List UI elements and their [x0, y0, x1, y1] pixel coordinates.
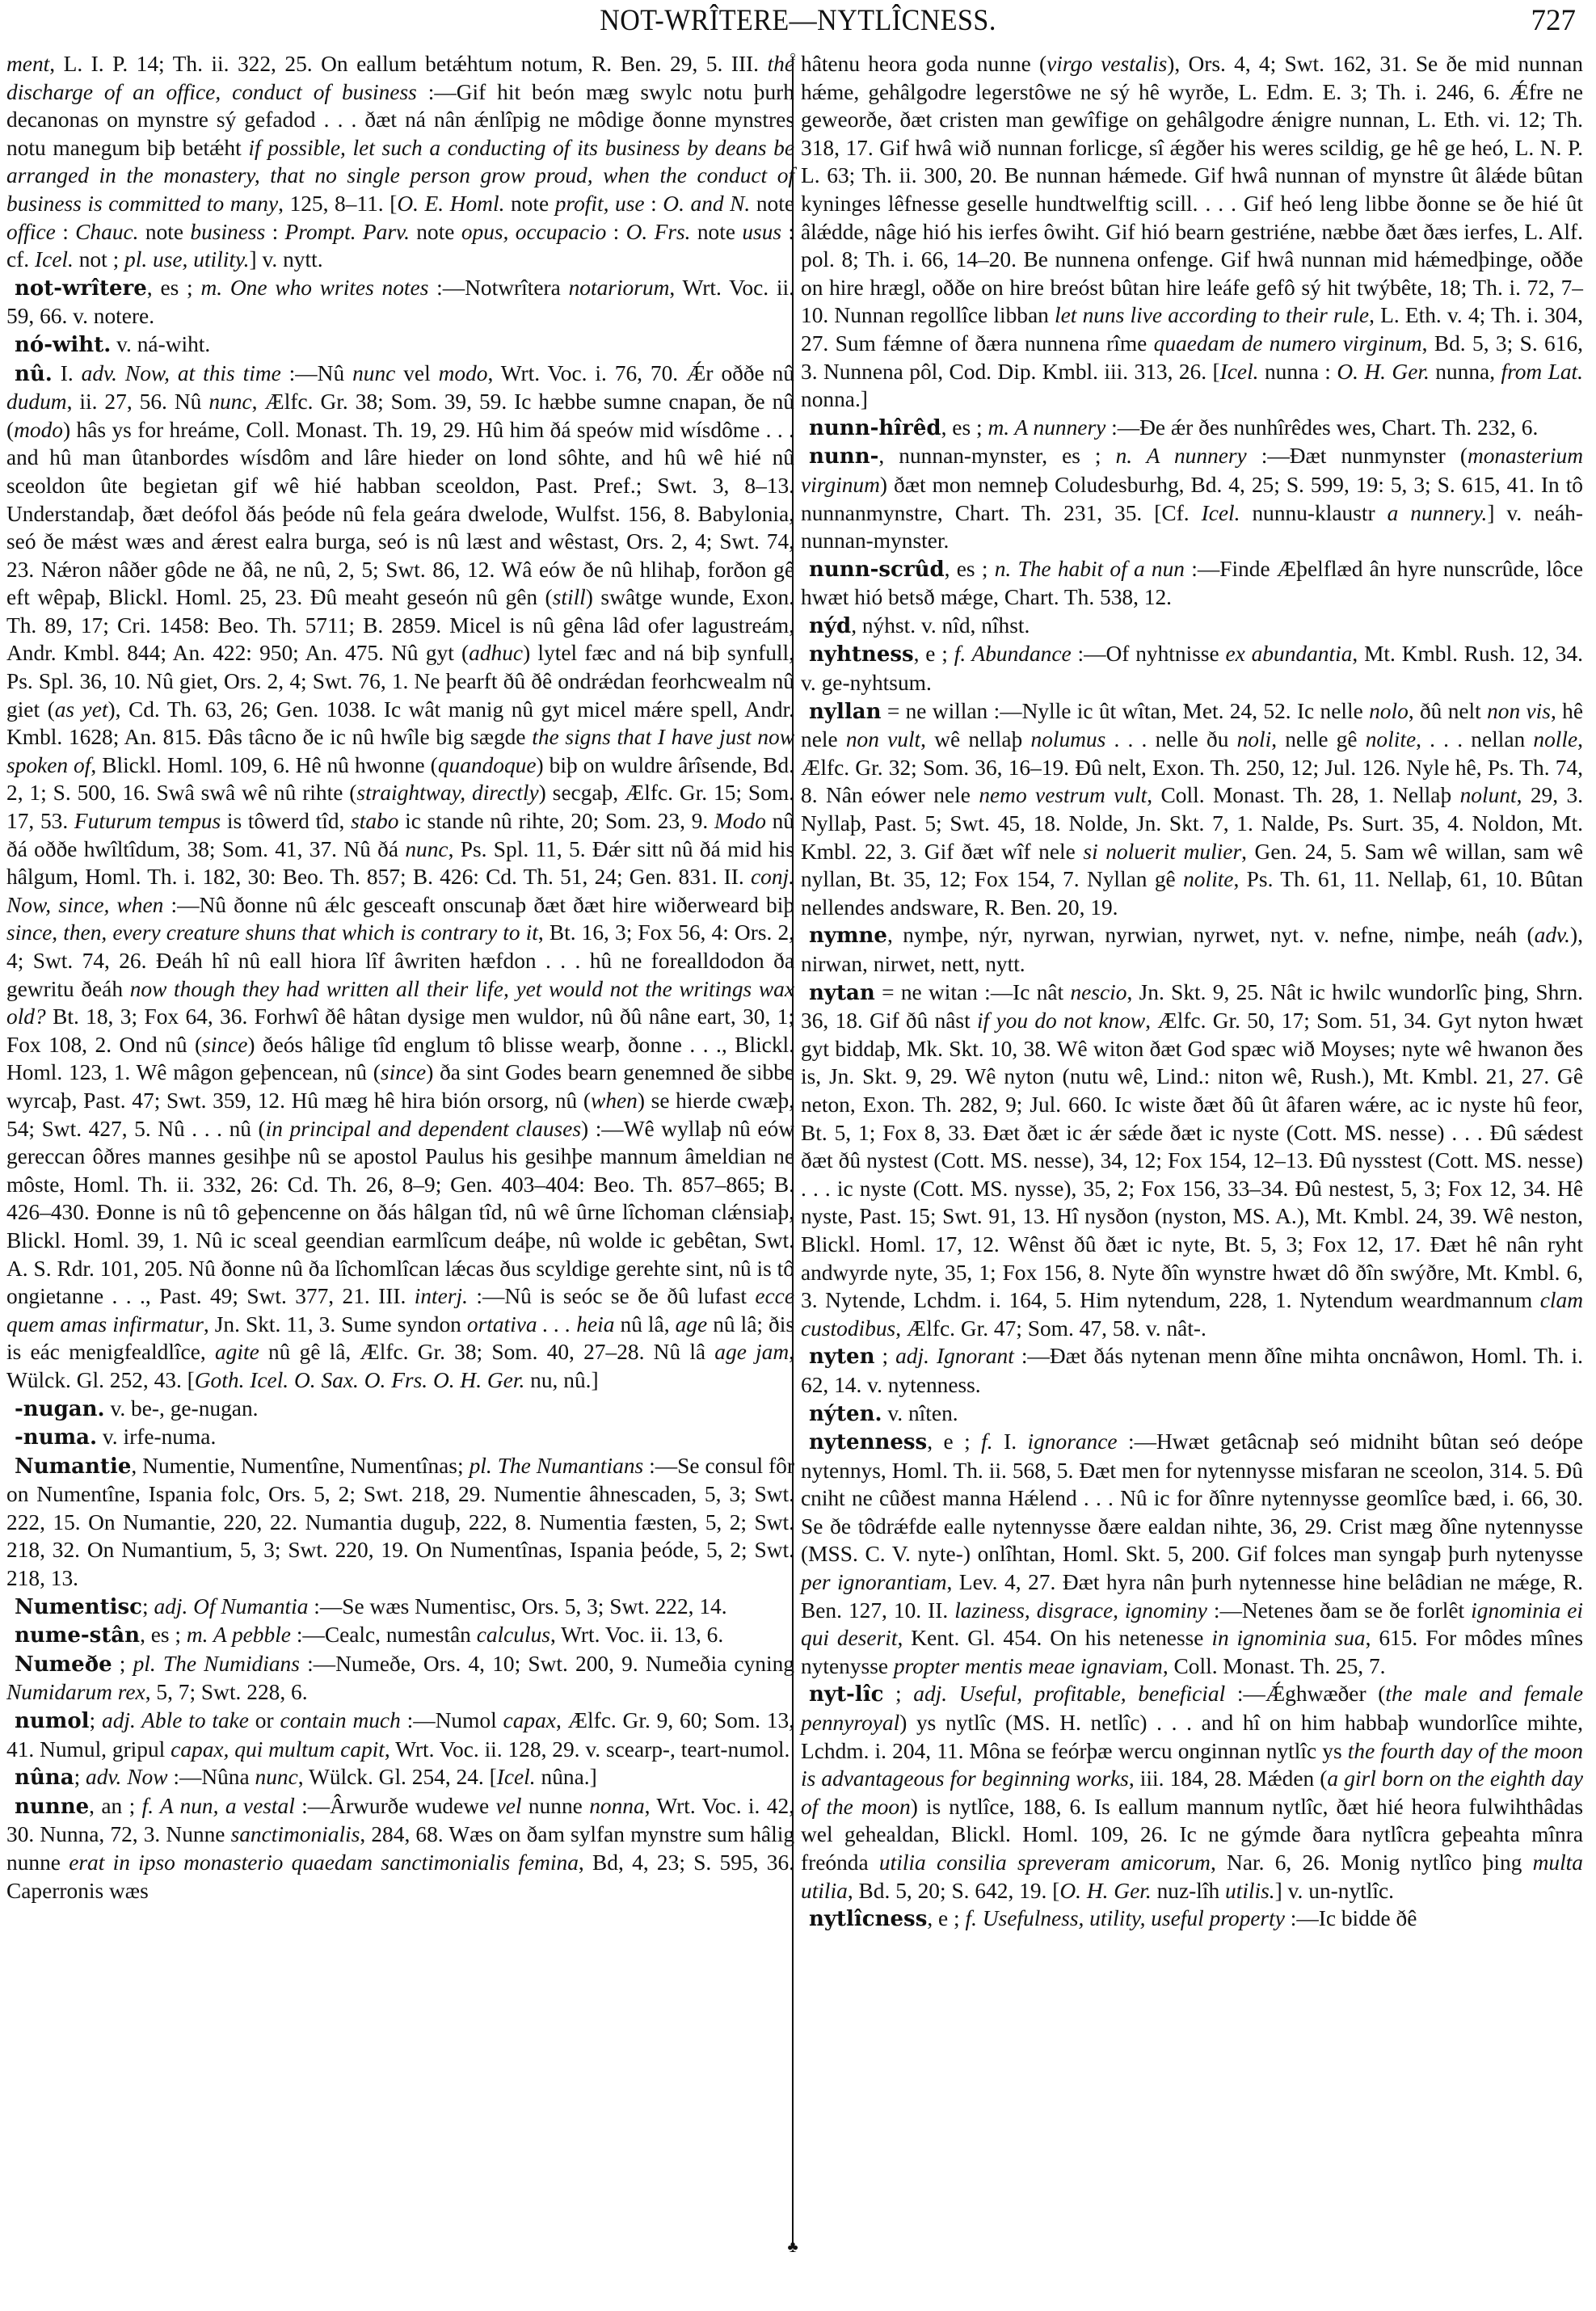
entry-headword: nytlîcness — [809, 1907, 927, 1931]
entry-text-italic: Goth. Icel. O. Sax. O. Frs. O. H. Ger. — [195, 1368, 525, 1392]
entry-text: ; — [74, 1765, 86, 1789]
entry-headword: nunn-hîrêd — [809, 416, 941, 440]
entry-text: : — [56, 220, 75, 244]
entry-text-italic: calculus — [477, 1623, 550, 1647]
entry-text-italic: let nuns live according to their rule — [1055, 303, 1369, 327]
entry-text-italic: adj. Ignorant — [895, 1344, 1014, 1368]
entry-text: , es ; — [941, 415, 988, 440]
dictionary-entry: nume-stân, es ; m. A pebble :—Cealc, num… — [6, 1621, 794, 1650]
entry-text: , nymþe, nýr, nyrwan, nyrwian, nyrwet, n… — [887, 923, 1535, 947]
entry-text-italic: adv. Now — [86, 1765, 167, 1789]
entry-text-italic: usus — [742, 220, 781, 244]
entry-text: , e ; — [927, 1906, 965, 1930]
entry-text: hâtenu heora goda nunne ( — [801, 52, 1046, 76]
entry-text-italic: sanctimonialis — [231, 1822, 360, 1846]
entry-text: , an ; — [89, 1794, 141, 1818]
entry-text-italic: interj. — [415, 1284, 468, 1308]
dictionary-entry: -nugan. v. be-, ge-nugan. — [6, 1395, 794, 1424]
entry-text: :—Ârwurðe wudewe — [295, 1794, 496, 1818]
entry-text-italic: office — [6, 220, 56, 244]
entry-text-italic: adv. Now, at this time — [82, 361, 281, 385]
entry-text-italic: pl. use, utility. — [124, 247, 249, 272]
entry-text: nunna : — [1259, 360, 1337, 384]
dictionary-entry: Numeðe ; pl. The Numidians :—Numeðe, Ors… — [6, 1650, 794, 1707]
entry-headword: nunn-scrûd — [809, 558, 945, 582]
entry-text: , wê nellaþ — [920, 727, 1030, 751]
entry-text: , nelle gê — [1271, 727, 1366, 751]
entry-text: ; — [90, 1708, 102, 1732]
entry-text: , nunnan-mynster, es ; — [878, 444, 1115, 468]
entry-text: nunnu-klaustr — [1240, 501, 1387, 525]
entry-text: I. — [53, 361, 82, 385]
entry-text-italic: since, then, every creature shuns that w… — [6, 920, 538, 945]
entry-text: :—Ðæt nunmynster ( — [1247, 444, 1468, 468]
entry-text: v. ná-wiht. — [111, 332, 210, 356]
entry-text: , nýhst. v. nîd, nîhst. — [851, 613, 1030, 638]
entry-text-italic: nunc — [405, 837, 448, 861]
dictionary-entry: nýd, nýhst. v. nîd, nîhst. — [801, 612, 1583, 641]
entry-text: is tôwerd tîd, — [221, 809, 351, 833]
entry-text: , iii. 184, 28. Mǽden ( — [1129, 1766, 1328, 1791]
entry-text-italic: from Lat. — [1501, 360, 1583, 384]
entry-text-italic: nolo — [1369, 699, 1409, 723]
entry-text-italic: capax — [503, 1708, 556, 1732]
entry-text: vel — [395, 361, 438, 385]
entry-text-italic: nescio — [1070, 980, 1126, 1004]
entry-text: , Coll. Monast. Th. 25, 7. — [1163, 1654, 1386, 1678]
dictionary-entry: nytan = ne witan :—Ic nât nescio, Jn. Sk… — [801, 979, 1583, 1343]
entry-text-italic: adhuc — [469, 641, 523, 665]
entry-text-italic: O. H. Ger. — [1337, 360, 1430, 384]
entry-text: , e ; — [927, 1429, 981, 1454]
entry-text-italic: quandoque — [438, 753, 537, 777]
entry-text: ) :—Wê wyllaþ nû eów gereccan ôðres mann… — [6, 1117, 794, 1309]
entry-headword: nytan — [809, 981, 875, 1005]
entry-text-italic: capax, qui multum capit — [171, 1737, 385, 1762]
entry-text-italic: n. The habit of a nun — [995, 557, 1185, 581]
entry-text-italic: straightway, directly — [356, 781, 538, 805]
dictionary-entry: ment, L. I. P. 14; Th. ii. 322, 25. On e… — [6, 50, 794, 274]
entry-headword: nyhtness — [809, 642, 914, 667]
entry-text-italic: a nunnery. — [1388, 501, 1488, 525]
entry-headword: nû. — [15, 362, 53, 386]
entry-text-italic: modo — [14, 418, 63, 442]
entry-text-italic: m. One who writes notes — [200, 276, 428, 300]
entry-text: , Bd. 5, 20; S. 642, 19. [ — [848, 1879, 1060, 1903]
entry-text-italic: stabo — [351, 809, 398, 833]
entry-text: note — [504, 192, 554, 216]
entry-text-italic: erat in ipso monasterio quaedam sanctimo… — [69, 1850, 579, 1875]
entry-text-italic: Chauc. — [75, 220, 138, 244]
entry-text: :—Nû is seóc se ðe ðû lufast — [468, 1284, 755, 1308]
entry-text-italic: nolite — [1366, 727, 1416, 751]
entry-text-italic: contain much — [280, 1708, 400, 1732]
dictionary-entry: nyt-lîc ; adj. Useful, profitable, benef… — [801, 1680, 1583, 1905]
entry-text: or — [249, 1708, 280, 1732]
entry-text-italic: utilis. — [1225, 1879, 1275, 1903]
entry-text-italic: agite — [215, 1340, 259, 1364]
dictionary-entry: nunn-, nunnan-mynster, es ; n. A nunnery… — [801, 442, 1583, 554]
entry-text-italic: vel — [496, 1794, 522, 1818]
entry-text: ) hâs ys for hreáme, Coll. Monast. Th. 1… — [6, 418, 794, 610]
entry-text-italic: f. Usefulness, utility, useful property — [966, 1906, 1285, 1930]
dictionary-entry: numol; adj. Able to take or contain much… — [6, 1707, 794, 1763]
entry-headword: nûna — [15, 1766, 74, 1790]
entry-text: , 125, 8–11. [ — [278, 192, 397, 216]
entry-headword: Numantie — [15, 1454, 131, 1479]
entry-headword: numol — [15, 1709, 90, 1733]
entry-text-italic: still — [553, 585, 586, 609]
entry-text: ] v. un-nytlîc. — [1275, 1879, 1394, 1903]
entry-text-italic: f. — [981, 1429, 992, 1454]
entry-text: , es ; — [945, 557, 995, 581]
entry-text: ] v. nytt. — [250, 247, 323, 272]
entry-text-italic: since — [202, 1033, 247, 1057]
entry-text-italic: nemo vestrum vult — [979, 783, 1147, 807]
entry-text-italic: laziness, disgrace, ignominy — [954, 1598, 1207, 1623]
entry-text-italic: when — [591, 1088, 638, 1113]
dictionary-entry: not-wrîtere, es ; m. One who writes note… — [6, 274, 794, 330]
entry-text: :—Numol — [401, 1708, 503, 1732]
entry-text-italic: propter mentis meae ignaviam — [894, 1654, 1163, 1678]
entry-text: nunna, — [1430, 360, 1501, 384]
entry-text-italic: f. Abundance — [954, 642, 1072, 666]
entry-text: nonna.] — [801, 387, 868, 411]
entry-text-italic: O. H. Ger. — [1059, 1879, 1151, 1903]
entry-text: :—Nû ðonne nû ǽlc gesceaft onscunaþ ðæt … — [163, 893, 794, 917]
entry-text-italic: ortativa . . . heia — [467, 1312, 615, 1337]
entry-text-italic: utilia consilia spreveram amicorum — [879, 1850, 1211, 1875]
entry-text: , Wrt. Voc. ii. 13, 6. — [550, 1623, 723, 1647]
dictionary-entry: nýten. v. nîten. — [801, 1400, 1583, 1429]
entry-text-italic: nolumus — [1030, 727, 1105, 751]
entry-text: not ; — [74, 247, 124, 272]
entry-headword: nunne — [15, 1795, 89, 1819]
entry-text: note — [410, 220, 461, 244]
entry-text-italic: quaedam de numero virginum — [1154, 331, 1422, 356]
entry-text: :—Numeðe, Ors. 4, 10; Swt. 200, 9. Numeð… — [300, 1652, 794, 1676]
dictionary-entry: nûna; adv. Now :—Nûna nunc, Wülck. Gl. 2… — [6, 1763, 794, 1792]
entry-text-italic: as yet — [55, 697, 108, 722]
entry-text: :—Ðe ǽr ðes nunhîrêdes wes, Chart. Th. 2… — [1105, 415, 1538, 440]
column-divider-rule — [792, 57, 794, 2246]
entry-text-italic: ignorance — [1028, 1429, 1118, 1454]
entry-headword: nyllan — [809, 700, 882, 724]
entry-text: , Ælfc. Gr. 50, 17; Som. 51, 34. Gyt nyt… — [801, 1008, 1583, 1312]
entry-text: , Blickl. Homl. 109, 6. Hê nû hwonne ( — [91, 753, 437, 777]
entry-text: , es ; — [147, 276, 201, 300]
entry-text: nû gê lâ, Ælfc. Gr. 38; Som. 40, 27–28. … — [259, 1340, 715, 1364]
entry-text-italic: m. A pebble — [187, 1623, 291, 1647]
entry-text-italic: non vis — [1487, 699, 1551, 723]
dictionary-entry: nyhtness, e ; f. Abundance :—Of nyhtniss… — [801, 640, 1583, 697]
entry-text-italic: Icel. — [35, 247, 74, 272]
entry-text: :—Nûna — [167, 1765, 255, 1789]
dictionary-entry: nytlîcness, e ; f. Usefulness, utility, … — [801, 1905, 1583, 1934]
entry-text: . . . nelle ðu — [1105, 727, 1236, 751]
entry-text: : — [645, 192, 663, 216]
entry-text: :—Nû — [281, 361, 352, 385]
entry-text-italic: O. E. Homl. — [397, 192, 504, 216]
entry-text-italic: adj. Able to take — [102, 1708, 249, 1732]
dictionary-entry: nó-wiht. v. ná-wiht. — [6, 330, 794, 360]
entry-text-italic: adj. Useful, profitable, beneficial — [913, 1682, 1225, 1706]
entry-text: : — [265, 220, 284, 244]
dictionary-entry: Numantie, Numentie, Numentîne, Numentîna… — [6, 1452, 794, 1593]
left-column: ment, L. I. P. 14; Th. ii. 322, 25. On e… — [6, 50, 794, 1905]
entry-text-italic: Icel. — [1202, 501, 1240, 525]
entry-text: :—Ǽghwæðer ( — [1225, 1682, 1385, 1706]
entry-text: , Jn. Skt. 11, 3. Sume syndon — [204, 1312, 467, 1337]
entry-headword: nume-stân — [15, 1623, 140, 1648]
entry-text: ; — [874, 1344, 895, 1368]
entry-headword: Numeðe — [15, 1652, 112, 1677]
entry-text-italic: Futurum tempus — [74, 809, 221, 833]
entry-text-italic: nunc — [352, 361, 395, 385]
entry-text: , Numentie, Numentîne, Numentînas; — [131, 1454, 469, 1478]
entry-text-italic: Modo — [714, 809, 766, 833]
entry-headword: nyten — [809, 1345, 874, 1369]
entry-text: , L. I. P. 14; Th. ii. 322, 25. On eallu… — [49, 52, 767, 76]
entry-text: , Kent. Gl. 454. On his netenesse — [897, 1626, 1211, 1650]
entry-headword: nó-wiht. — [15, 333, 111, 357]
entry-text: :—Cealc, numestân — [291, 1623, 477, 1647]
entry-headword: -numa. — [15, 1425, 97, 1450]
entry-text: v. be-, ge-nugan. — [105, 1396, 259, 1421]
entry-text: , Coll. Monast. Th. 28, 1. Nellaþ — [1147, 783, 1459, 807]
entry-text: , ii. 27, 56. Nû — [67, 389, 209, 414]
entry-text: :—Ic bidde ðê — [1285, 1906, 1417, 1930]
entry-text-italic: m. A nunnery — [987, 415, 1105, 440]
entry-text: , Wrt. Voc. ii. 128, 29. v. scearp-, tea… — [385, 1737, 790, 1762]
entry-text: v. irfe-numa. — [97, 1425, 216, 1449]
entry-text-italic: in principal and dependent clauses — [266, 1117, 581, 1141]
entry-text-italic: ment — [6, 52, 49, 76]
dictionary-entry: Numentisc; adj. Of Numantia :—Se wæs Num… — [6, 1593, 794, 1622]
entry-text-italic: pl. The Numantians — [470, 1454, 644, 1478]
entry-text-italic: since — [381, 1060, 426, 1084]
entry-text-italic: nonna — [589, 1794, 644, 1818]
entry-text-italic: virgo vestalis — [1046, 52, 1167, 76]
entry-text-italic: in ignominia sua — [1211, 1626, 1365, 1650]
entry-text: , Wrt. Voc. i. 76, 70. Ǽr oððe nû — [488, 361, 795, 385]
entry-text: ic stande nû rihte, 20; Som. 23, 9. — [398, 809, 714, 833]
entry-text: nuz-lîh — [1152, 1879, 1225, 1903]
page-header: NOT-WRÎTERE—NYTLÎCNESS. 727 — [0, 3, 1596, 44]
entry-headword: not-wrîtere — [15, 276, 147, 301]
dictionary-entry: nyten ; adj. Ignorant :—Ðæt ðás nytenan … — [801, 1342, 1583, 1399]
entry-text-italic: nunc — [255, 1765, 298, 1789]
entry-text-italic: opus, occupacio — [461, 220, 607, 244]
entry-text: , Nar. 6, 26. Monig nytlîco þing — [1211, 1850, 1533, 1875]
dictionary-entry: nunn-scrûd, es ; n. The habit of a nun :… — [801, 555, 1583, 612]
entry-text: :—Netenes ðam se ðe forlêt — [1207, 1598, 1471, 1623]
entry-text-italic: O. Frs. — [626, 220, 691, 244]
entry-text: nu, nû.] — [524, 1368, 598, 1392]
entry-headword: nýten. — [809, 1402, 882, 1426]
entry-text: note — [139, 220, 191, 244]
entry-text: I. — [993, 1429, 1028, 1454]
dictionary-entry: nunne, an ; f. A nun, a vestal :—Ârwurðe… — [6, 1792, 794, 1905]
entry-text: , Ælfc. Gr. 47; Som. 47, 58. v. nât-. — [895, 1316, 1206, 1341]
dictionary-entry: nyllan = ne willan :—Nylle ic ût wîtan, … — [801, 697, 1583, 922]
entry-text-italic: f. A nun, a vestal — [142, 1794, 295, 1818]
entry-text: nûna.] — [536, 1765, 597, 1789]
entry-text-italic: age — [676, 1312, 708, 1337]
entry-text: , Wülck. Gl. 254, 24. [ — [298, 1765, 497, 1789]
entry-text: ; — [112, 1652, 133, 1676]
entry-text-italic: nunc — [208, 389, 251, 414]
entry-text: note — [750, 192, 794, 216]
entry-text: , 5, 7; Swt. 228, 6. — [145, 1680, 308, 1704]
entry-text-italic: Numidarum rex — [6, 1680, 145, 1704]
entry-text: ), Ors. 4, 4; Swt. 162, 31. Se ðe mid nu… — [801, 52, 1583, 327]
entry-text: v. nîten. — [882, 1401, 958, 1425]
entry-text-italic: age jam — [714, 1340, 789, 1364]
entry-headword: nytenness — [809, 1430, 927, 1454]
entry-text-italic: nolle — [1533, 727, 1577, 751]
entry-text-italic: n. A nunnery — [1116, 444, 1247, 468]
dictionary-entry: nymne, nymþe, nýr, nyrwan, nyrwian, nyrw… — [801, 921, 1583, 978]
dictionary-entry: hâtenu heora goda nunne (virgo vestalis)… — [801, 50, 1583, 414]
entry-text: :—Notwrîtera — [428, 276, 568, 300]
entry-text: , ðû nelt — [1409, 699, 1487, 723]
entry-text-italic: nolite — [1183, 867, 1233, 891]
right-column: hâtenu heora goda nunne (virgo vestalis)… — [801, 50, 1583, 1934]
entry-text-italic: non vult — [846, 727, 920, 751]
entry-text-italic: business — [190, 220, 265, 244]
page-number: 727 — [1531, 3, 1577, 38]
entry-headword: Numentisc — [15, 1595, 142, 1619]
entry-text: nunne — [522, 1794, 590, 1818]
entry-text-italic: notariorum — [569, 276, 670, 300]
entry-text: , es ; — [140, 1623, 187, 1647]
entry-text: :—Se wæs Numentisc, Ors. 5, 3; Swt. 222,… — [308, 1594, 726, 1619]
entry-text: ; — [883, 1682, 913, 1706]
entry-text: nû lâ, — [614, 1312, 675, 1337]
entry-headword: nyt-lîc — [809, 1682, 883, 1707]
entry-text-italic: per ignorantiam — [801, 1570, 946, 1594]
entry-text-italic: Icel. — [497, 1765, 536, 1789]
entry-text: = ne witan :—Ic nât — [875, 980, 1071, 1004]
entry-text-italic: nolunt — [1460, 783, 1517, 807]
entry-headword: nýd — [809, 614, 851, 638]
entry-text: :—Of nyhtnisse — [1072, 642, 1226, 666]
dictionary-entry: nû. I. adv. Now, at this time :—Nû nunc … — [6, 360, 794, 1395]
entry-text: : — [606, 220, 625, 244]
entry-text-italic: adj. Of Numantia — [154, 1594, 308, 1619]
dictionary-entry: -numa. v. irfe-numa. — [6, 1423, 794, 1452]
entry-text: , e ; — [914, 642, 954, 666]
running-head: NOT-WRÎTERE—NYTLÎCNESS. — [64, 3, 1532, 38]
entry-text-italic: dudum — [6, 389, 67, 414]
entry-text-italic: pl. The Numidians — [133, 1652, 300, 1676]
entry-text-italic: si noluerit mulier — [1083, 840, 1241, 864]
entry-text-italic: Prompt. Parv. — [285, 220, 410, 244]
entry-text: note — [691, 220, 743, 244]
entry-text-italic: profit, use — [555, 192, 645, 216]
entry-text-italic: adv. — [1535, 923, 1570, 947]
entry-headword: nunn- — [809, 444, 878, 469]
column-rule-ornament-icon: ♣ — [785, 2240, 800, 2254]
entry-text: = ne willan :—Nylle ic ût wîtan, Met. 24… — [882, 699, 1370, 723]
entry-headword: nymne — [809, 924, 887, 948]
entry-text-italic: modo — [439, 361, 488, 385]
dictionary-entry: nytenness, e ; f. I. ignorance :—Hwæt ge… — [801, 1428, 1583, 1680]
entry-text-italic: O. and N. — [663, 192, 750, 216]
entry-text-italic: ex abundantia — [1226, 642, 1353, 666]
entry-text-italic: if you do not know — [977, 1008, 1145, 1033]
entry-text-italic: Icel. — [1220, 360, 1259, 384]
entry-text: ; — [142, 1594, 154, 1619]
entry-text: , . . . nellan — [1416, 727, 1533, 751]
dictionary-entry: nunn-hîrêd, es ; m. A nunnery :—Ðe ǽr ðe… — [801, 414, 1583, 443]
entry-text-italic: noli — [1237, 727, 1272, 751]
entry-headword: -nugan. — [15, 1397, 105, 1421]
